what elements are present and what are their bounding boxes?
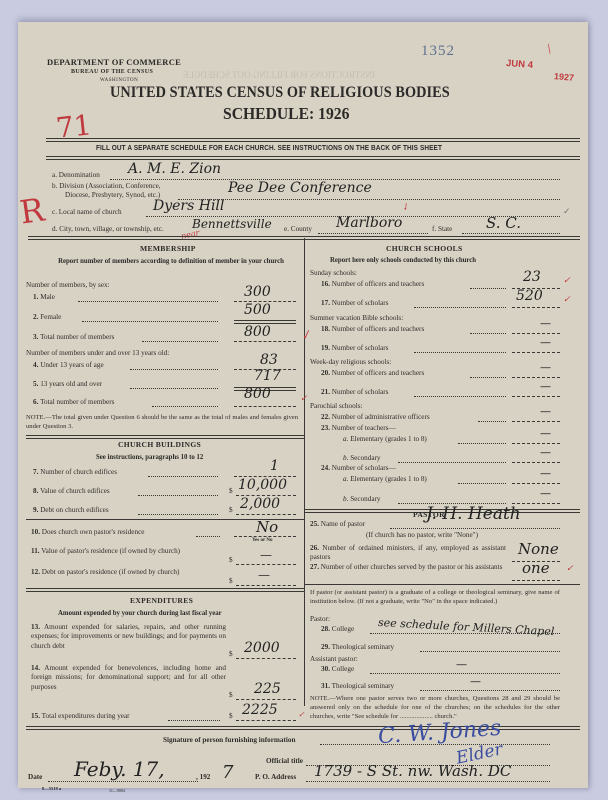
- item-number: 16.: [321, 280, 330, 288]
- male-label: Male: [40, 293, 55, 301]
- item-number: 28.: [321, 625, 330, 633]
- item-number: 24.: [321, 464, 330, 472]
- assistant-ministers-label: Number of ordained ministers, if any, em…: [310, 544, 506, 561]
- form-title: UNITED STATES CENSUS OF RELIGIOUS BODIES: [110, 84, 450, 102]
- scholars-secondary-label: Secondary: [350, 495, 380, 503]
- item-number: 13.: [31, 623, 40, 631]
- summer-officers-label: Number of officers and teachers: [332, 325, 424, 333]
- female-label: Female: [40, 313, 61, 321]
- check-mark-icon: ✓: [563, 294, 571, 305]
- denomination-value[interactable]: A. M. E. Zion: [128, 161, 221, 177]
- divider: [46, 138, 580, 142]
- assistant-college-label: College: [332, 665, 354, 673]
- check-mark-icon: ✓: [566, 563, 574, 574]
- leader-dots: [148, 476, 218, 477]
- division-line: [178, 199, 560, 200]
- answer-line: [512, 580, 560, 581]
- dollar-sign: $: [229, 487, 233, 495]
- weekday-officers-label: Number of officers and teachers: [332, 369, 424, 377]
- item-number: 21.: [321, 388, 330, 396]
- assistant-seminary-label: Theological seminary: [332, 682, 394, 690]
- owns-residence-label: Does church own pastor's residence: [42, 528, 145, 536]
- assistant-college-line: [370, 673, 560, 674]
- item-letter: b.: [343, 495, 348, 503]
- leader-dots: [470, 377, 506, 378]
- pastor-seminary-label: Theological seminary: [332, 643, 394, 651]
- leader-dots: [414, 307, 506, 308]
- church-schools-heading: CHURCH SCHOOLS: [386, 244, 463, 253]
- pastor-seminary-line: [420, 651, 560, 652]
- divider: [26, 588, 304, 592]
- scholars-elementary-value[interactable]: —: [540, 467, 551, 480]
- census-schedule-sheet: INSTRUCTIONS FOR FILLING OUT SCHEDULE DE…: [18, 22, 588, 788]
- parochial-admin-value[interactable]: —: [540, 405, 551, 418]
- divider: [26, 435, 304, 439]
- under-13-value[interactable]: 83: [260, 352, 278, 368]
- leader-dots: [142, 341, 218, 342]
- over-13-value[interactable]: 717: [254, 368, 281, 384]
- po-address-line: [306, 781, 550, 782]
- check-mark-icon: ✓: [298, 710, 305, 719]
- answer-line: [512, 307, 560, 308]
- answer-line: [512, 421, 560, 422]
- year-prefix: , 192: [196, 773, 210, 781]
- dollar-sign: $: [229, 506, 233, 514]
- edifices-value[interactable]: 10,000: [238, 477, 287, 493]
- received-date-stamp: JUN 4: [506, 58, 534, 71]
- item-number: 5.: [33, 380, 38, 388]
- expenditures-heading: EXPENDITURES: [130, 596, 193, 605]
- answer-line: [236, 514, 296, 515]
- total-expenditures-label: Total expenditures during year: [42, 712, 130, 720]
- signature-label: Signature of person furnishing informati…: [163, 736, 295, 744]
- leader-dots: [138, 495, 218, 496]
- scholars-secondary-value[interactable]: —: [540, 487, 551, 500]
- weekday-scholars-value[interactable]: —: [540, 380, 551, 393]
- division-value[interactable]: Pee Dee Conference: [228, 180, 372, 196]
- item-number: 27.: [310, 563, 319, 571]
- fill-out-instruction: FILL OUT A SEPARATE SCHEDULE FOR EACH CH…: [96, 143, 442, 152]
- item-number: 10.: [31, 528, 40, 536]
- bureau-name: BUREAU OF THE CENSUS: [71, 69, 153, 75]
- item-letter: a.: [343, 435, 348, 443]
- column-divider: [304, 238, 305, 706]
- answer-line: [234, 341, 296, 342]
- item-number: 12.: [31, 568, 40, 576]
- reverse-bleed-text: INSTRUCTIONS FOR FILLING OUT SCHEDULE: [183, 70, 375, 80]
- summer-schools-label: Summer vacation Bible schools:: [310, 314, 403, 322]
- po-address-value[interactable]: 1739 - S St. nw. Wash. DC: [314, 762, 511, 780]
- answer-line: [236, 658, 296, 659]
- parochial-admin-label: Number of administrative officers: [332, 413, 430, 421]
- summer-scholars-value[interactable]: —: [540, 336, 551, 349]
- running-expenses-label: Amount expended for salaries, repairs, a…: [31, 623, 226, 650]
- item-number: 15.: [31, 712, 40, 720]
- parochial-teachers-label: Number of teachers—: [332, 424, 396, 432]
- assistant-seminary-value[interactable]: —: [470, 675, 481, 688]
- item-number: 8.: [33, 487, 38, 495]
- schedule-year: SCHEDULE: 1926: [223, 104, 349, 124]
- item-letter: b.: [343, 454, 348, 462]
- date-value[interactable]: Feby. 17,: [74, 757, 165, 781]
- teachers-elementary-value[interactable]: —: [540, 427, 551, 440]
- date-label: Date: [28, 773, 42, 781]
- item-number: 1.: [33, 293, 38, 301]
- sunday-officers-label: Number of officers and teachers: [332, 280, 424, 288]
- divider: [305, 584, 580, 585]
- answer-line: [236, 720, 296, 721]
- leader-dots: [138, 514, 218, 515]
- edifices-count-value[interactable]: 1: [270, 458, 279, 474]
- membership-subheading: Report number of members according to de…: [46, 257, 296, 266]
- parochial-scholars-label: Number of scholars—: [332, 464, 396, 472]
- total-expenditures-value[interactable]: 2225: [242, 702, 278, 718]
- assistant-ministers-value[interactable]: None: [518, 540, 559, 558]
- print-code: 11—9084: [109, 788, 125, 793]
- check-mark-icon: ✓: [299, 327, 314, 345]
- edifices-debt-value[interactable]: 2,000: [240, 496, 280, 512]
- item-number: 14.: [31, 664, 40, 672]
- form-number: 8—5518 a: [42, 786, 61, 791]
- total-members-label: Total number of members: [40, 333, 114, 341]
- pastor-college-value[interactable]: see schedule for Millers Chapel: [378, 616, 555, 638]
- division-label-2: Diocese, Presbytery, Synod, etc.): [65, 191, 160, 199]
- local-name-value[interactable]: Dyers Hill: [153, 198, 224, 214]
- sunday-officers-value[interactable]: 23: [523, 269, 541, 285]
- leader-dots: [414, 396, 506, 397]
- check-mark-icon: ✓: [563, 275, 571, 286]
- item-number: 3.: [33, 333, 38, 341]
- check-mark-icon: /: [544, 42, 555, 58]
- total-members-value[interactable]: 800: [244, 324, 271, 340]
- bureau-city: WASHINGTON: [100, 78, 138, 83]
- answer-line: [512, 443, 560, 444]
- pastor-education-label: Pastor:: [310, 615, 330, 623]
- total-by-age-label: Total number of members: [40, 398, 114, 406]
- answer-line: [236, 585, 296, 586]
- dollar-sign: $: [229, 556, 233, 564]
- pastor-note: NOTE.—Where one pastor serves two or mor…: [310, 694, 560, 721]
- county-label: e. County: [284, 225, 312, 233]
- leader-dots: [168, 720, 220, 721]
- total-by-age-value[interactable]: 800: [244, 386, 271, 402]
- membership-heading: MEMBERSHIP: [140, 244, 196, 253]
- age-label: Number of members under and over 13 year…: [26, 349, 169, 357]
- answer-line: [236, 699, 296, 700]
- item-number: 19.: [321, 344, 330, 352]
- pastor-name-value[interactable]: J. H. Heath: [426, 504, 521, 524]
- county-value[interactable]: Marlboro: [336, 215, 402, 231]
- date-line: [48, 781, 198, 782]
- divider: [46, 156, 580, 160]
- answer-line: [236, 564, 296, 565]
- dollar-sign: $: [229, 650, 233, 658]
- yes-no-hint: Yes or No: [252, 538, 272, 543]
- item-number: 4.: [33, 361, 38, 369]
- teachers-secondary-value[interactable]: —: [540, 446, 551, 459]
- received-year-stamp: 1927: [554, 71, 575, 83]
- answer-line: [234, 320, 296, 321]
- church-buildings-subheading: See instructions, paragraphs 10 to 12: [96, 454, 203, 461]
- answer-line: [512, 483, 560, 484]
- leader-dots: [414, 352, 506, 353]
- sunday-scholars-label: Number of scholars: [332, 299, 389, 307]
- benevolences-label: Amount expended for benevolences, includ…: [31, 664, 226, 691]
- sunday-schools-label: Sunday schools:: [310, 269, 357, 277]
- under-13-label: Under 13 years of age: [40, 361, 103, 369]
- item-number: 23.: [321, 424, 330, 432]
- serial-number-stamp: 1352: [421, 43, 455, 60]
- item-number: 18.: [321, 325, 330, 333]
- answer-line: [512, 462, 560, 463]
- item-number: 17.: [321, 299, 330, 307]
- dollar-sign: $: [229, 691, 233, 699]
- item-number: 31.: [321, 682, 330, 690]
- item-number: 25.: [310, 520, 319, 528]
- membership-note: NOTE.—The total given under Question 6 s…: [26, 413, 298, 431]
- city-value[interactable]: Bennettsville: [192, 217, 272, 231]
- summer-scholars-label: Number of scholars: [332, 344, 389, 352]
- summer-officers-value[interactable]: —: [540, 317, 551, 330]
- leader-dots: [398, 462, 506, 463]
- city-label: d. City, town, village, or township, etc…: [52, 225, 164, 233]
- leader-dots: [130, 388, 218, 389]
- state-line: [462, 233, 560, 234]
- check-mark-icon: ✓: [399, 201, 412, 214]
- item-number: 9.: [33, 506, 38, 514]
- assistant-education-label: Assistant pastor:: [310, 655, 358, 663]
- answer-line: [512, 352, 560, 353]
- county-line: [318, 233, 428, 234]
- state-value[interactable]: S. C.: [486, 214, 521, 232]
- residence-value-label: Value of pastor's residence (if owned by…: [41, 547, 180, 555]
- by-sex-label: Number of members, by sex:: [26, 281, 110, 289]
- weekday-officers-value[interactable]: —: [540, 361, 551, 374]
- sunday-scholars-value[interactable]: 520: [516, 288, 543, 304]
- answer-line: [512, 377, 560, 378]
- dollar-sign: $: [229, 577, 233, 585]
- item-number: 7.: [33, 468, 38, 476]
- department-name: DEPARTMENT OF COMMERCE: [47, 57, 181, 67]
- denomination-label: a. Denomination: [52, 171, 100, 179]
- teachers-elementary-label: Elementary (grades 1 to 8): [350, 435, 427, 443]
- pastor-college-label: College: [332, 625, 354, 633]
- benevolences-value[interactable]: 225: [254, 681, 281, 697]
- margin-mark: R: [17, 191, 46, 232]
- item-number: 29.: [321, 643, 330, 651]
- check-mark-icon: ✓: [563, 206, 571, 217]
- dollar-sign: $: [229, 712, 233, 720]
- residence-debt-label: Debt on pastor's residence (if owned by …: [42, 568, 180, 576]
- leader-dots: [458, 483, 506, 484]
- education-instruction: If pastor (or assistant pastor) is a gra…: [310, 588, 560, 606]
- residence-debt-value[interactable]: —: [258, 568, 270, 582]
- assistant-college-value[interactable]: —: [456, 658, 467, 671]
- assistant-seminary-line: [420, 690, 560, 691]
- edifices-count-label: Number of church edifices: [40, 468, 117, 476]
- answer-line: [234, 406, 296, 407]
- other-churches-label: Number of other churches served by the p…: [321, 563, 503, 571]
- leader-dots: [82, 321, 218, 322]
- over-13-label: 13 years old and over: [40, 380, 102, 388]
- item-number: 30.: [321, 665, 330, 673]
- parochial-schools-label: Parochial schools:: [310, 402, 363, 410]
- local-name-label: c. Local name of church: [52, 208, 122, 216]
- other-churches-value[interactable]: one: [522, 559, 550, 577]
- running-expenses-value[interactable]: 2000: [244, 640, 280, 656]
- pastor-name-label: Name of pastor: [321, 520, 365, 528]
- item-number: 22.: [321, 413, 330, 421]
- pastor-name-line: [390, 528, 560, 529]
- item-letter: a.: [343, 475, 348, 483]
- teachers-secondary-label: Secondary: [350, 454, 380, 462]
- edifices-value-label: Value of church edifices: [40, 487, 110, 495]
- leader-dots: [130, 369, 218, 370]
- leader-dots: [478, 421, 506, 422]
- church-schools-subheading: Report here only schools conducted by th…: [330, 257, 476, 264]
- item-number: 26.: [310, 544, 319, 552]
- female-value[interactable]: 500: [244, 302, 271, 318]
- leader-dots: [458, 443, 506, 444]
- leader-dots: [152, 406, 218, 407]
- po-address-label: P. O. Address: [255, 773, 296, 781]
- edifices-debt-label: Debt on church edifices: [40, 506, 108, 514]
- pastor-name-hint: (If church has no pastor, write "None"): [366, 531, 478, 539]
- residence-value[interactable]: —: [260, 548, 272, 562]
- check-mark-icon: ✓: [300, 393, 308, 404]
- leader-dots: [470, 288, 506, 289]
- scholars-elementary-label: Elementary (grades 1 to 8): [350, 475, 427, 483]
- item-number: 11.: [31, 547, 40, 555]
- answer-line: [512, 396, 560, 397]
- item-number: 6.: [33, 398, 38, 406]
- expenditures-subheading: Amount expended by your church during la…: [58, 610, 222, 617]
- official-title-label: Official title: [266, 757, 303, 765]
- item-number: 20.: [321, 369, 330, 377]
- weekday-scholars-label: Number of scholars: [332, 388, 389, 396]
- leader-dots: [470, 333, 506, 334]
- year-value[interactable]: 7: [222, 762, 233, 783]
- item-number: 2.: [33, 313, 38, 321]
- division-label-1: b. Division (Association, Conference,: [52, 182, 161, 190]
- answer-line: [512, 333, 560, 334]
- state-label: f. State: [432, 225, 452, 233]
- weekday-schools-label: Week-day religious schools:: [310, 358, 391, 366]
- owns-residence-value[interactable]: No: [256, 518, 278, 536]
- leader-dots: [196, 536, 220, 537]
- answer-line: [234, 536, 296, 537]
- male-value[interactable]: 300: [244, 284, 271, 300]
- church-buildings-heading: CHURCH BUILDINGS: [118, 440, 201, 449]
- leader-dots: [78, 301, 218, 302]
